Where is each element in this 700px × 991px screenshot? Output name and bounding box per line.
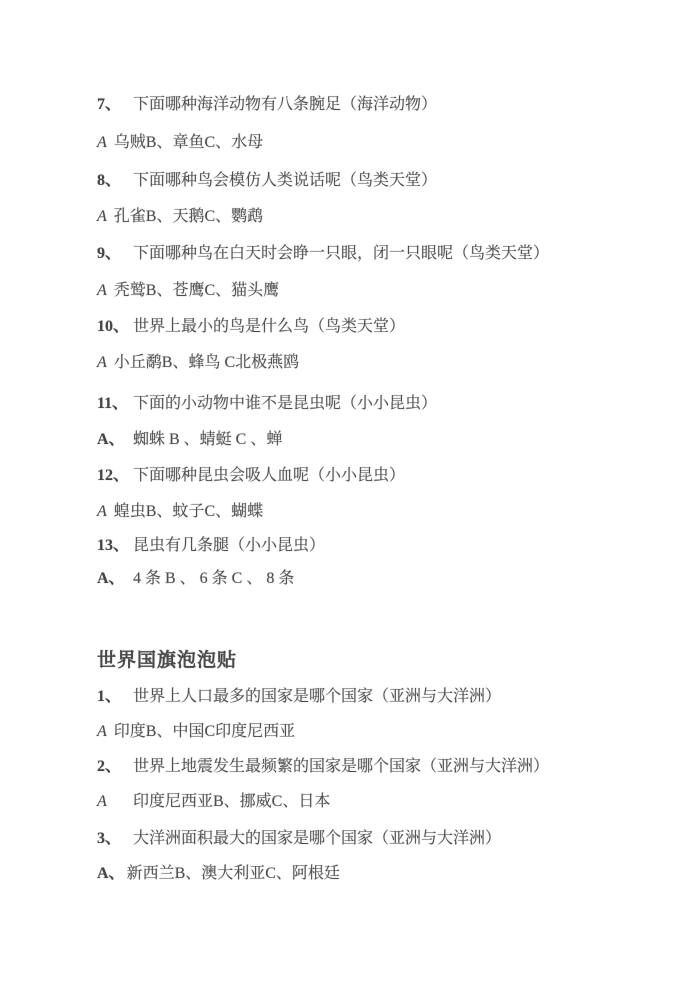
- option-label: A、: [97, 865, 125, 882]
- question-line: 8、下面哪种鸟会模仿人类说话呢（鸟类天堂）: [97, 171, 437, 191]
- question-text: 下面哪种鸟在白天时会睁一只眼，闭一只眼呢（鸟类天堂）: [133, 245, 549, 262]
- option-line: A小丘鹬B、蜂鸟 C北极燕鸥: [97, 353, 299, 373]
- option-line: A、蜘蛛 B 、蜻蜓 C 、蝉: [97, 430, 282, 450]
- option-label: A、: [97, 569, 133, 589]
- section-heading: 世界国旗泡泡贴: [97, 645, 237, 672]
- option-text: 蜘蛛 B 、蜻蜓 C 、蝉: [133, 431, 282, 448]
- option-line: A印度尼西亚B、挪威C、日本: [97, 792, 330, 812]
- question-text: 下面哪种鸟会模仿人类说话呢（鸟类天堂）: [133, 172, 437, 189]
- question-text: 大洋洲面积最大的国家是哪个国家（亚洲与大洋洲）: [133, 830, 501, 847]
- option-text: 乌贼B、章鱼C、水母: [114, 134, 263, 151]
- option-label: A: [97, 282, 107, 299]
- question-line: 12、下面哪种昆虫会吸人血呢（小小昆虫）: [97, 466, 405, 486]
- option-text: 4 条 B 、 6 条 C 、 8 条: [133, 570, 294, 587]
- option-text: 孔雀B、天鹅C、鹦鹉: [114, 208, 263, 225]
- question-line: 3、大洋洲面积最大的国家是哪个国家（亚洲与大洋洲）: [97, 829, 501, 849]
- question-line: 13、昆虫有几条腿（小小昆虫）: [97, 536, 325, 556]
- question-line: 10、世界上最小的鸟是什么鸟（鸟类天堂）: [97, 317, 405, 337]
- question-line: 1、世界上人口最多的国家是哪个国家（亚洲与大洋洲）: [97, 687, 501, 707]
- option-label: A: [97, 503, 107, 520]
- option-text: 秃鹫B、苍鹰C、猫头鹰: [114, 282, 279, 299]
- question-number: 12、: [97, 466, 133, 486]
- option-text: 蝗虫B、蚊子C、蝴蝶: [114, 503, 263, 520]
- option-label: A: [97, 792, 133, 812]
- option-label: A: [97, 723, 107, 740]
- question-number: 13、: [97, 536, 133, 556]
- question-number: 2、: [97, 757, 133, 777]
- option-label: A: [97, 134, 107, 151]
- question-text: 下面哪种海洋动物有八条腕足（海洋动物）: [133, 96, 437, 113]
- question-text: 世界上最小的鸟是什么鸟（鸟类天堂）: [133, 318, 405, 335]
- question-line: 9、下面哪种鸟在白天时会睁一只眼，闭一只眼呢（鸟类天堂）: [97, 244, 549, 264]
- option-label: A: [97, 208, 107, 225]
- option-label: A、: [97, 430, 133, 450]
- option-line: A、新西兰B、澳大利亚C、阿根廷: [97, 864, 340, 884]
- question-number: 8、: [97, 171, 133, 191]
- question-number: 3、: [97, 829, 133, 849]
- question-number: 9、: [97, 244, 133, 264]
- option-text: 印度尼西亚B、挪威C、日本: [133, 793, 330, 810]
- option-text: 小丘鹬B、蜂鸟 C北极燕鸥: [114, 354, 299, 371]
- question-number: 10、: [97, 317, 133, 337]
- option-line: A乌贼B、章鱼C、水母: [97, 133, 263, 153]
- option-label: A: [97, 354, 107, 371]
- question-text: 世界上人口最多的国家是哪个国家（亚洲与大洋洲）: [133, 688, 501, 705]
- question-text: 世界上地震发生最频繁的国家是哪个国家（亚洲与大洋洲）: [133, 758, 549, 775]
- question-line: 11、下面的小动物中谁不是昆虫呢（小小昆虫）: [97, 394, 437, 414]
- document-page: 7、下面哪种海洋动物有八条腕足（海洋动物） A乌贼B、章鱼C、水母 8、下面哪种…: [0, 0, 700, 991]
- option-line: A秃鹫B、苍鹰C、猫头鹰: [97, 281, 279, 301]
- question-text: 下面哪种昆虫会吸人血呢（小小昆虫）: [133, 467, 405, 484]
- option-line: A、4 条 B 、 6 条 C 、 8 条: [97, 569, 294, 589]
- option-line: A印度B、中国C印度尼西亚: [97, 722, 295, 742]
- question-line: 7、下面哪种海洋动物有八条腕足（海洋动物）: [97, 95, 437, 115]
- option-text: 印度B、中国C印度尼西亚: [114, 723, 295, 740]
- option-line: A孔雀B、天鹅C、鹦鹉: [97, 207, 263, 227]
- question-number: 7、: [97, 95, 133, 115]
- option-text: 新西兰B、澳大利亚C、阿根廷: [127, 865, 340, 882]
- question-text: 下面的小动物中谁不是昆虫呢（小小昆虫）: [133, 395, 437, 412]
- question-number: 11、: [97, 394, 133, 414]
- option-line: A蝗虫B、蚊子C、蝴蝶: [97, 502, 263, 522]
- question-line: 2、世界上地震发生最频繁的国家是哪个国家（亚洲与大洋洲）: [97, 757, 549, 777]
- question-number: 1、: [97, 687, 133, 707]
- question-text: 昆虫有几条腿（小小昆虫）: [133, 537, 325, 554]
